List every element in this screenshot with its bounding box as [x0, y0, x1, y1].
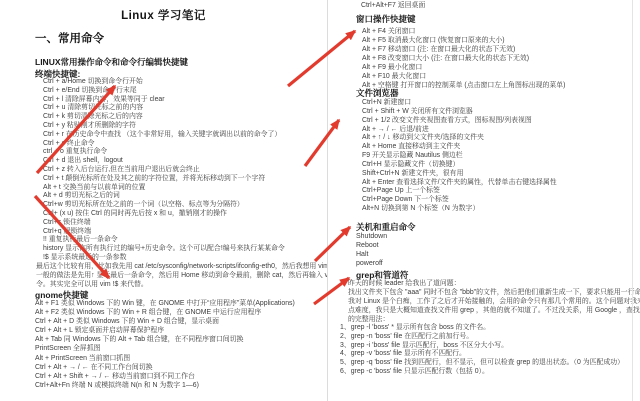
- list-item: Alt + F2 类似 Windows 下的 Win + R 组合键，在 GNO…: [35, 308, 295, 317]
- list-item: Ctrl+H 显示隐藏文件（切换键）: [362, 161, 557, 170]
- list-item: Shift+Ctrl+N 新建文件夹，很有用: [362, 170, 557, 179]
- paragraph-line: 最后这个比较有用，比如我先用 cat /etc/sysconfig/networ…: [36, 262, 327, 271]
- section-heading-common-commands: 一、常用命令: [35, 30, 104, 46]
- list-item: 6、grep -c 'boss' file 只显示匹配行数（包括 0）。: [340, 368, 624, 377]
- list-item: history 显示你所有执行过的编号+历史命令。这个可以配合!编号来执行某某命…: [43, 245, 285, 254]
- list-item: Alt + F7 移动窗口 (注: 在窗口最大化的状态下无效): [362, 45, 565, 54]
- list-item: ctrl + o 重复执行命令: [43, 148, 285, 157]
- heading-file-browser: 文件浏览器: [356, 87, 399, 99]
- list-item: Alt + PrintScreen 当前窗口抓图: [35, 354, 295, 363]
- list-item: Ctrl+Page Up 上一个标签: [362, 187, 557, 196]
- list-item: Reboot: [356, 242, 387, 251]
- list-item: Alt + F4 关闭窗口: [362, 27, 565, 36]
- list-item: Ctrl+w 剪切光标所在处之前的一个词（以空格、标点等为分隔符）: [43, 201, 285, 210]
- list-item: Alt + F5 取消最大化窗口 (恢复窗口原来的大小): [362, 36, 565, 45]
- list-item: Ctrl+N 新建窗口: [362, 99, 557, 108]
- list-item: Alt + Tab 同 Windows 下的 Alt + Tab 组合键，在不同…: [35, 335, 295, 344]
- list-item: poweroff: [356, 260, 387, 269]
- paragraph-line: 找出文件夹下包含 "aaa" 同时不包含 "bbb"的文件，然后把他们重新生成一…: [348, 288, 640, 297]
- list-item: Ctrl + Alt + L 锁定桌面并启动屏幕保护程序: [35, 326, 295, 335]
- list-item: 4、grep -v 'boss' file 显示所有不匹配行。: [340, 350, 624, 359]
- grep-usage-list: 1、grep -l 'boss' * 显示所有包含 boss 的文件名。2、gr…: [340, 324, 624, 377]
- list-item: 2、grep -n 'boss' file 在匹配行之前加行号。: [340, 333, 624, 342]
- list-item: Ctrl + k 剪切清除光标之后的内容: [43, 113, 285, 122]
- list-item: Shutdown: [356, 233, 387, 242]
- grep-story-paragraph: 昨天的时候 leader 给我出了道问题：找出文件夹下包含 "aaa" 同时不包…: [348, 279, 640, 324]
- page-right-edge-line: [632, 0, 633, 401]
- list-item: Alt + Home 直接移动到主文件夹: [362, 143, 557, 152]
- list-item: Alt + F8 改变窗口大小 (注: 在窗口最大化的状态下无效): [362, 54, 565, 63]
- list-item: Ctrl+ (x u) 按住 Ctrl 的同时再先后按 x 和 u，撤销刚才的操…: [43, 210, 285, 219]
- list-item: Ctrl + u 清除剪切光标之前的内容: [43, 104, 285, 113]
- document-page-1: Linux 学习笔记 一、常用命令 LINUX常用操作命令和命令行编辑快捷键 终…: [0, 0, 327, 401]
- page-divider: [327, 0, 328, 401]
- list-item: Ctrl + e/End 切换到命令行末尾: [43, 87, 285, 96]
- list-item: Alt + F10 最大化窗口: [362, 72, 565, 81]
- list-item: Ctrl + Alt + → / ← 在不同工作台间切换: [35, 363, 295, 372]
- list-item: Ctrl + d 退出 shell，logout: [43, 157, 285, 166]
- list-item: Alt+N 切换到第 N 个标签（N 为数字）: [362, 205, 557, 214]
- list-item: Ctrl + 1/2 改变文件夹视图查看方式，图标视图/列表视图: [362, 117, 557, 126]
- list-item: Alt + ↑ / ↓ 移动到父文件夹/选择的文件夹: [362, 134, 557, 143]
- shutdown-command-list: ShutdownRebootHaltpoweroff: [356, 233, 387, 269]
- list-item: Halt: [356, 251, 387, 260]
- list-item: 1、grep -l 'boss' * 显示所有包含 boss 的文件名。: [340, 324, 624, 333]
- paragraph-line: 一般的做法是先用↑ 显示最后一条命令，然后用 Home 移动到命令最前，删除 c…: [36, 271, 327, 280]
- list-item: Ctrl + Alt + D 类似 Windows 下的 Win + D 组合键…: [35, 317, 295, 326]
- list-item: Alt + d 剪切光标之后的词: [43, 192, 285, 201]
- window-shortcut-list: Alt + F4 关闭窗口Alt + F5 取消最大化窗口 (恢复窗口原来的大小…: [362, 27, 565, 90]
- gnome-shortcut-list: Alt + F1 类似 Windows 下的 Win 键，在 GNOME 中打开…: [35, 299, 295, 390]
- list-item: Alt + F9 最小化窗口: [362, 63, 565, 72]
- list-item: PrintScreen 全屏抓图: [35, 344, 295, 353]
- doc-title: Linux 学习笔记: [0, 7, 327, 23]
- paragraph-line: 令。其实完全可以用 vim !$ 来代替。: [36, 280, 327, 289]
- paragraph-line: 我对 Linux 是个白痴，工作了之后才开始接触的，会用的命令只有那几个常用的。…: [348, 297, 640, 306]
- list-item: F9 开关显示隐藏 Nautilus 侧边栏: [362, 152, 557, 161]
- list-item: Alt + F1 类似 Windows 下的 Win 键，在 GNOME 中打开…: [35, 299, 295, 308]
- file-browser-shortcut-list: Ctrl+N 新建窗口Ctrl + Shift + W 关闭所有文件浏览器Ctr…: [362, 99, 557, 214]
- list-item: Ctrl + r 在历史命令中查找 （这个非常好用，输入关键字就调出以前的命令了…: [43, 131, 285, 140]
- list-item: Ctrl + a/Home 切换到命令行开始: [43, 78, 285, 87]
- paragraph-line: 的完整用法：: [348, 315, 640, 324]
- list-item: Ctrl+Alt+Fn 终端 N 或模拟终端 N(n 和 N 为数字 1—6): [35, 381, 295, 390]
- list-item: Ctrl + y 粘贴刚才所删除的字符: [43, 122, 285, 131]
- heading-window-shortcuts: 窗口操作快捷键: [356, 13, 416, 25]
- list-item: Ctrl + Shift + W 关闭所有文件浏览器: [362, 108, 557, 117]
- list-item: Ctrl + t 颠倒光标所在处及其之前的字符位置，并将光标移动到下一个字符: [43, 175, 285, 184]
- list-item: Ctrl+Page Down 下一个标签: [362, 196, 557, 205]
- list-item: Ctrl + Alt + Shift + → / ← 移动当前窗口到不同工作台: [35, 372, 295, 381]
- list-item: Ctrl + z 转入后台运行,但在当前用户退出后就会终止: [43, 166, 285, 175]
- terminal-shortcut-list: Ctrl + a/Home 切换到命令行开始Ctrl + e/End 切换到命令…: [43, 78, 285, 263]
- list-item: 5、grep -q 'boss' file 找到匹配行，但不显示，但可以检查 g…: [340, 359, 624, 368]
- document-page-2: Ctrl+Alt+F7 返回桌面 窗口操作快捷键 Alt + F4 关闭窗口Al…: [328, 0, 640, 401]
- list-item: !! 重复执行最后一条命令: [43, 236, 285, 245]
- paragraph-line: 点难度，我只是大概知道查找文件用 grep ，其他的就不知道了。不过没关系，用 …: [348, 306, 640, 315]
- return-desktop-line: Ctrl+Alt+F7 返回桌面: [361, 2, 425, 11]
- list-item: Ctrl+s 锁住终端: [43, 219, 285, 228]
- subsection-heading-linux-shortcuts: LINUX常用操作命令和命令行编辑快捷键: [35, 56, 188, 68]
- heading-shutdown-commands: 关机和重启命令: [356, 221, 416, 233]
- paragraph-line: 昨天的时候 leader 给我出了道问题：: [348, 279, 640, 288]
- terminal-note-paragraph: 最后这个比较有用，比如我先用 cat /etc/sysconfig/networ…: [36, 262, 327, 289]
